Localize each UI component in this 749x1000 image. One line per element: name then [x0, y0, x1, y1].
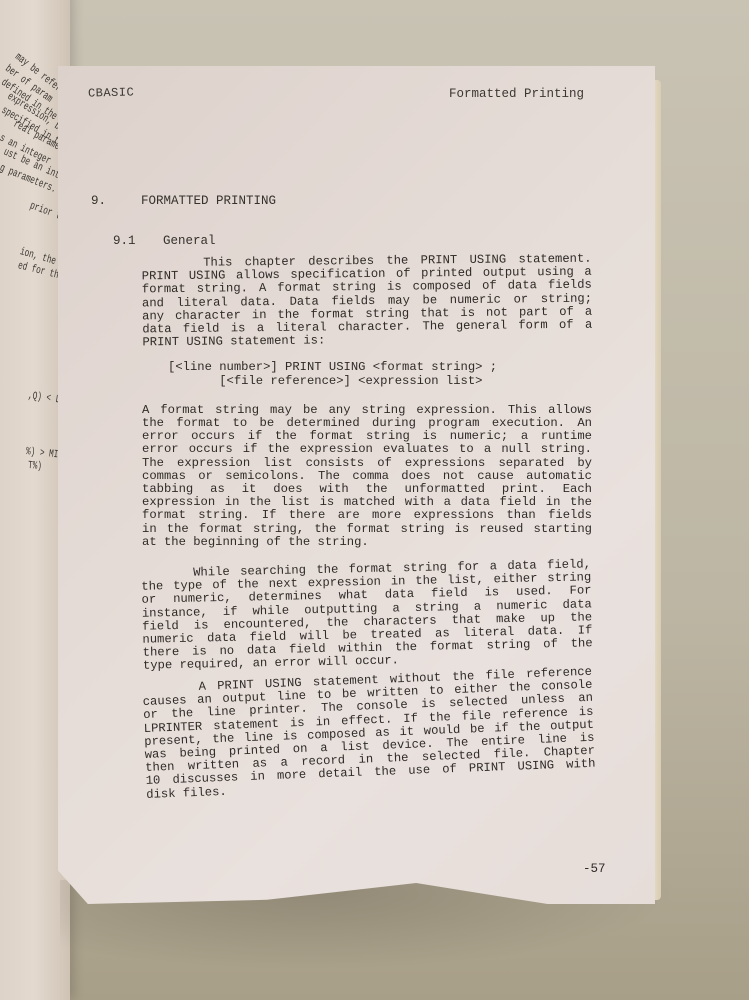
section-heading: 9.1General	[113, 234, 216, 248]
text-line: in the format string, the format string …	[142, 523, 592, 536]
chapter-title: FORMATTED PRINTING	[141, 194, 276, 208]
text-line: format string. If there are more express…	[142, 509, 592, 522]
running-header-right: Formatted Printing	[449, 87, 584, 101]
chapter-number: 9.	[91, 194, 141, 208]
chapter-heading: 9.FORMATTED PRINTING	[91, 194, 276, 208]
text-line: at the beginning of the string.	[142, 536, 592, 549]
facing-page-text: T%)	[28, 460, 43, 473]
body-text: This chapter describes the PRINT USING s…	[142, 255, 592, 816]
section-title: General	[163, 234, 216, 248]
file-reference-paragraph: A PRINT USING statement without the file…	[142, 665, 596, 801]
format-string-paragraph: A format string may be any string expres…	[142, 404, 592, 549]
text-line: PRINT USING statement is:	[142, 332, 592, 350]
text-line: The expression list consists of expressi…	[142, 457, 592, 470]
manual-page: CBASIC Formatted Printing 9.FORMATTED PR…	[58, 66, 655, 904]
text-line: error occurs if the expression evaluates…	[142, 443, 592, 456]
syntax-line: [<line number>] PRINT USING <format stri…	[168, 361, 592, 374]
book-photo: may be refereber of paramdefined in the …	[0, 0, 749, 1000]
searching-paragraph: While searching the format string for a …	[141, 558, 593, 673]
running-header-left: CBASIC	[88, 85, 135, 100]
syntax-block: [<line number>] PRINT USING <format stri…	[142, 361, 592, 387]
syntax-line: [<file reference>] <expression list>	[168, 375, 592, 388]
section-number: 9.1	[113, 234, 163, 248]
intro-paragraph: This chapter describes the PRINT USING s…	[142, 253, 593, 350]
page-number: -57	[583, 862, 606, 876]
